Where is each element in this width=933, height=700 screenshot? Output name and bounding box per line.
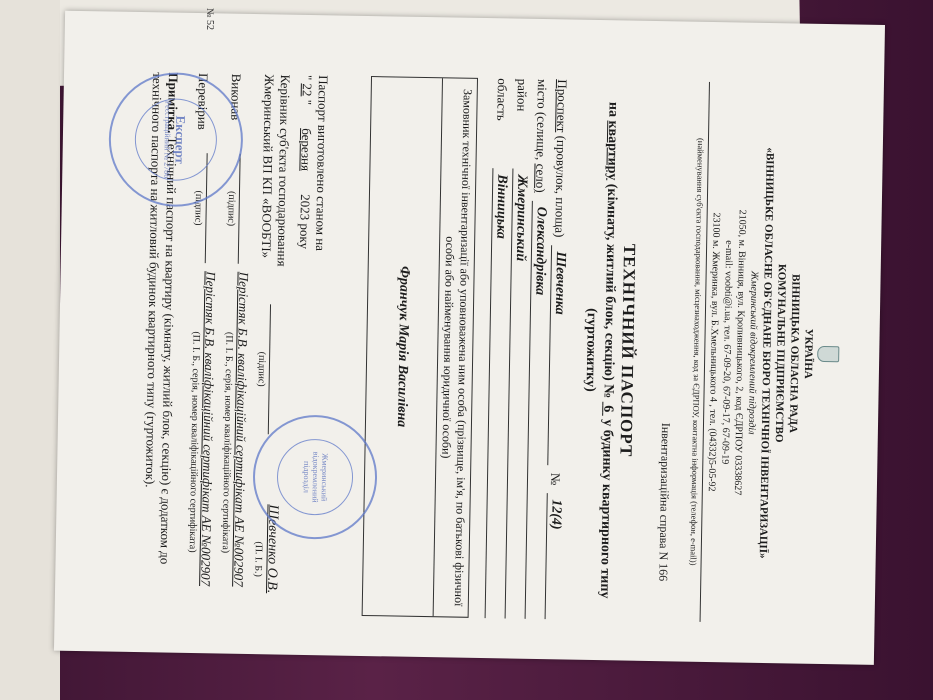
coat-of-arms-icon <box>817 346 839 362</box>
street-value: Шевченка <box>547 245 568 465</box>
address-block: Проспект (провулок, площа) Шевченка № 12… <box>485 78 574 619</box>
apartment-number: 6 <box>600 405 615 412</box>
customer-box: Замовник технічної інвентаризації або уп… <box>362 76 478 618</box>
underlying-document-edge <box>0 0 60 700</box>
date-month: березня <box>298 128 314 171</box>
underlying-ref: № 52 <box>204 8 215 30</box>
date-year: 2023 <box>298 194 313 220</box>
technical-passport-page: УКРАЇНА ВІННИЦЬКА ОБЛАСНА РАДА КОМУНАЛЬН… <box>54 11 885 665</box>
head-signature-row: Керівник суб'єкта господарювання Жмеринс… <box>252 74 293 614</box>
date-day: 22 <box>300 83 315 96</box>
customer-name: Франчук Марія Василівна <box>363 77 442 616</box>
house-number: 12(4) <box>545 493 564 619</box>
inventory-case: Інвентаризаційна справа N 166 <box>655 81 679 581</box>
